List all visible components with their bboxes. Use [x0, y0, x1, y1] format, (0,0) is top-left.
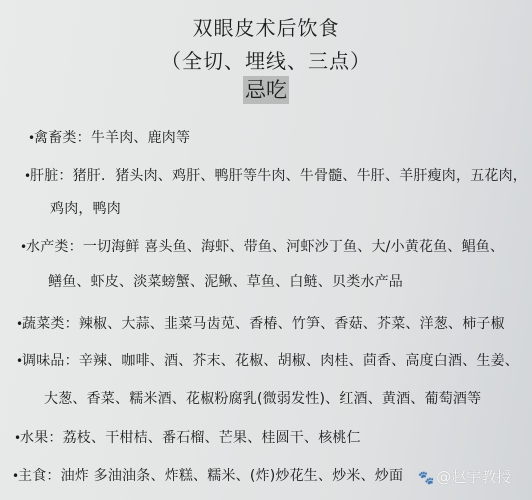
section-label: 水产类： [26, 239, 83, 255]
watermark-text: @赵宇教授 [436, 468, 511, 486]
document-title: 双眼皮术后饮食 [0, 12, 532, 41]
list-item-vegetables: •蔬菜类：辣椒、大蒜、韭菜马齿苋、香椿、竹笋、香菇、芥菜、洋葱、柿子椒 [16, 313, 505, 333]
section-text: 辛辣、咖啡、酒、芥末、花椒、胡椒、肉桂、茴香、高度白酒、生姜、 [79, 353, 519, 369]
list-item-seasonings-cont: 大葱、香菜、糯米酒、花椒粉腐乳(微弱发性)、红酒、黄酒、葡萄酒等 [44, 388, 481, 408]
heading-avoid: 忌吃 [243, 76, 289, 104]
list-item-seafood: •水产类：一切海鲜 喜头鱼、海虾、带鱼、河虾沙丁鱼、大/小黄花鱼、鲳鱼、 [20, 236, 504, 256]
section-text: 辣椒、大蒜、韭菜马齿苋、香椿、竹笋、香菇、芥菜、洋葱、柿子椒 [79, 316, 505, 332]
list-item-organs: •肝脏：猪肝．猪头肉、鸡肝、鸭肝等牛肉、牛骨髓、牛肝、羊肝瘦肉，五花肉， [24, 165, 527, 185]
list-item-staples: •主食：油炸 多油油条、炸糕、糯米、(炸)炒花生、炒米、炒面 [12, 465, 403, 485]
list-item-livestock: •禽畜类：牛羊肉、鹿肉等 [28, 127, 190, 147]
section-label: 水果： [20, 430, 63, 446]
section-label: 肝脏： [30, 168, 73, 184]
section-text: 一切海鲜 喜头鱼、海虾、带鱼、河虾沙丁鱼、大/小黄花鱼、鲳鱼、 [83, 239, 504, 255]
section-label: 禽畜类： [34, 130, 91, 146]
document-subtitle: （全切、埋线、三点） [0, 45, 532, 74]
section-text: 牛羊肉、鹿肉等 [91, 130, 190, 146]
paw-icon: 🐾 [418, 471, 434, 486]
section-text: 油炸 多油油条、炸糕、糯米、(炸)炒花生、炒米、炒面 [61, 468, 404, 484]
heading-wrap: 忌吃 [0, 76, 532, 104]
list-item-seafood-cont: 鳝鱼、虾皮、淡菜螃蟹、泥鳅、草鱼、白鲢、贝类水产品 [48, 271, 403, 291]
list-item-fruits: •水果：荔枝、干柑桔、番石榴、芒果、桂圆干、核桃仁 [14, 427, 361, 447]
list-item-organs-cont: 鸡肉，鸭肉 [50, 198, 121, 218]
section-label: 调味品： [22, 353, 79, 369]
section-text: 猪肝．猪头肉、鸡肝、鸭肝等牛肉、牛骨髓、牛肝、羊肝瘦肉，五花肉， [73, 168, 527, 184]
section-text: 荔枝、干柑桔、番石榴、芒果、桂圆干、核桃仁 [63, 430, 361, 446]
watermark: 🐾@赵宇教授 [418, 466, 511, 487]
section-label: 蔬菜类： [22, 316, 79, 332]
section-label: 主食： [18, 468, 61, 484]
list-item-seasonings: •调味品：辛辣、咖啡、酒、芥末、花椒、胡椒、肉桂、茴香、高度白酒、生姜、 [16, 350, 519, 370]
document-page: 双眼皮术后饮食 （全切、埋线、三点） 忌吃 •禽畜类：牛羊肉、鹿肉等 •肝脏：猪… [0, 0, 532, 500]
